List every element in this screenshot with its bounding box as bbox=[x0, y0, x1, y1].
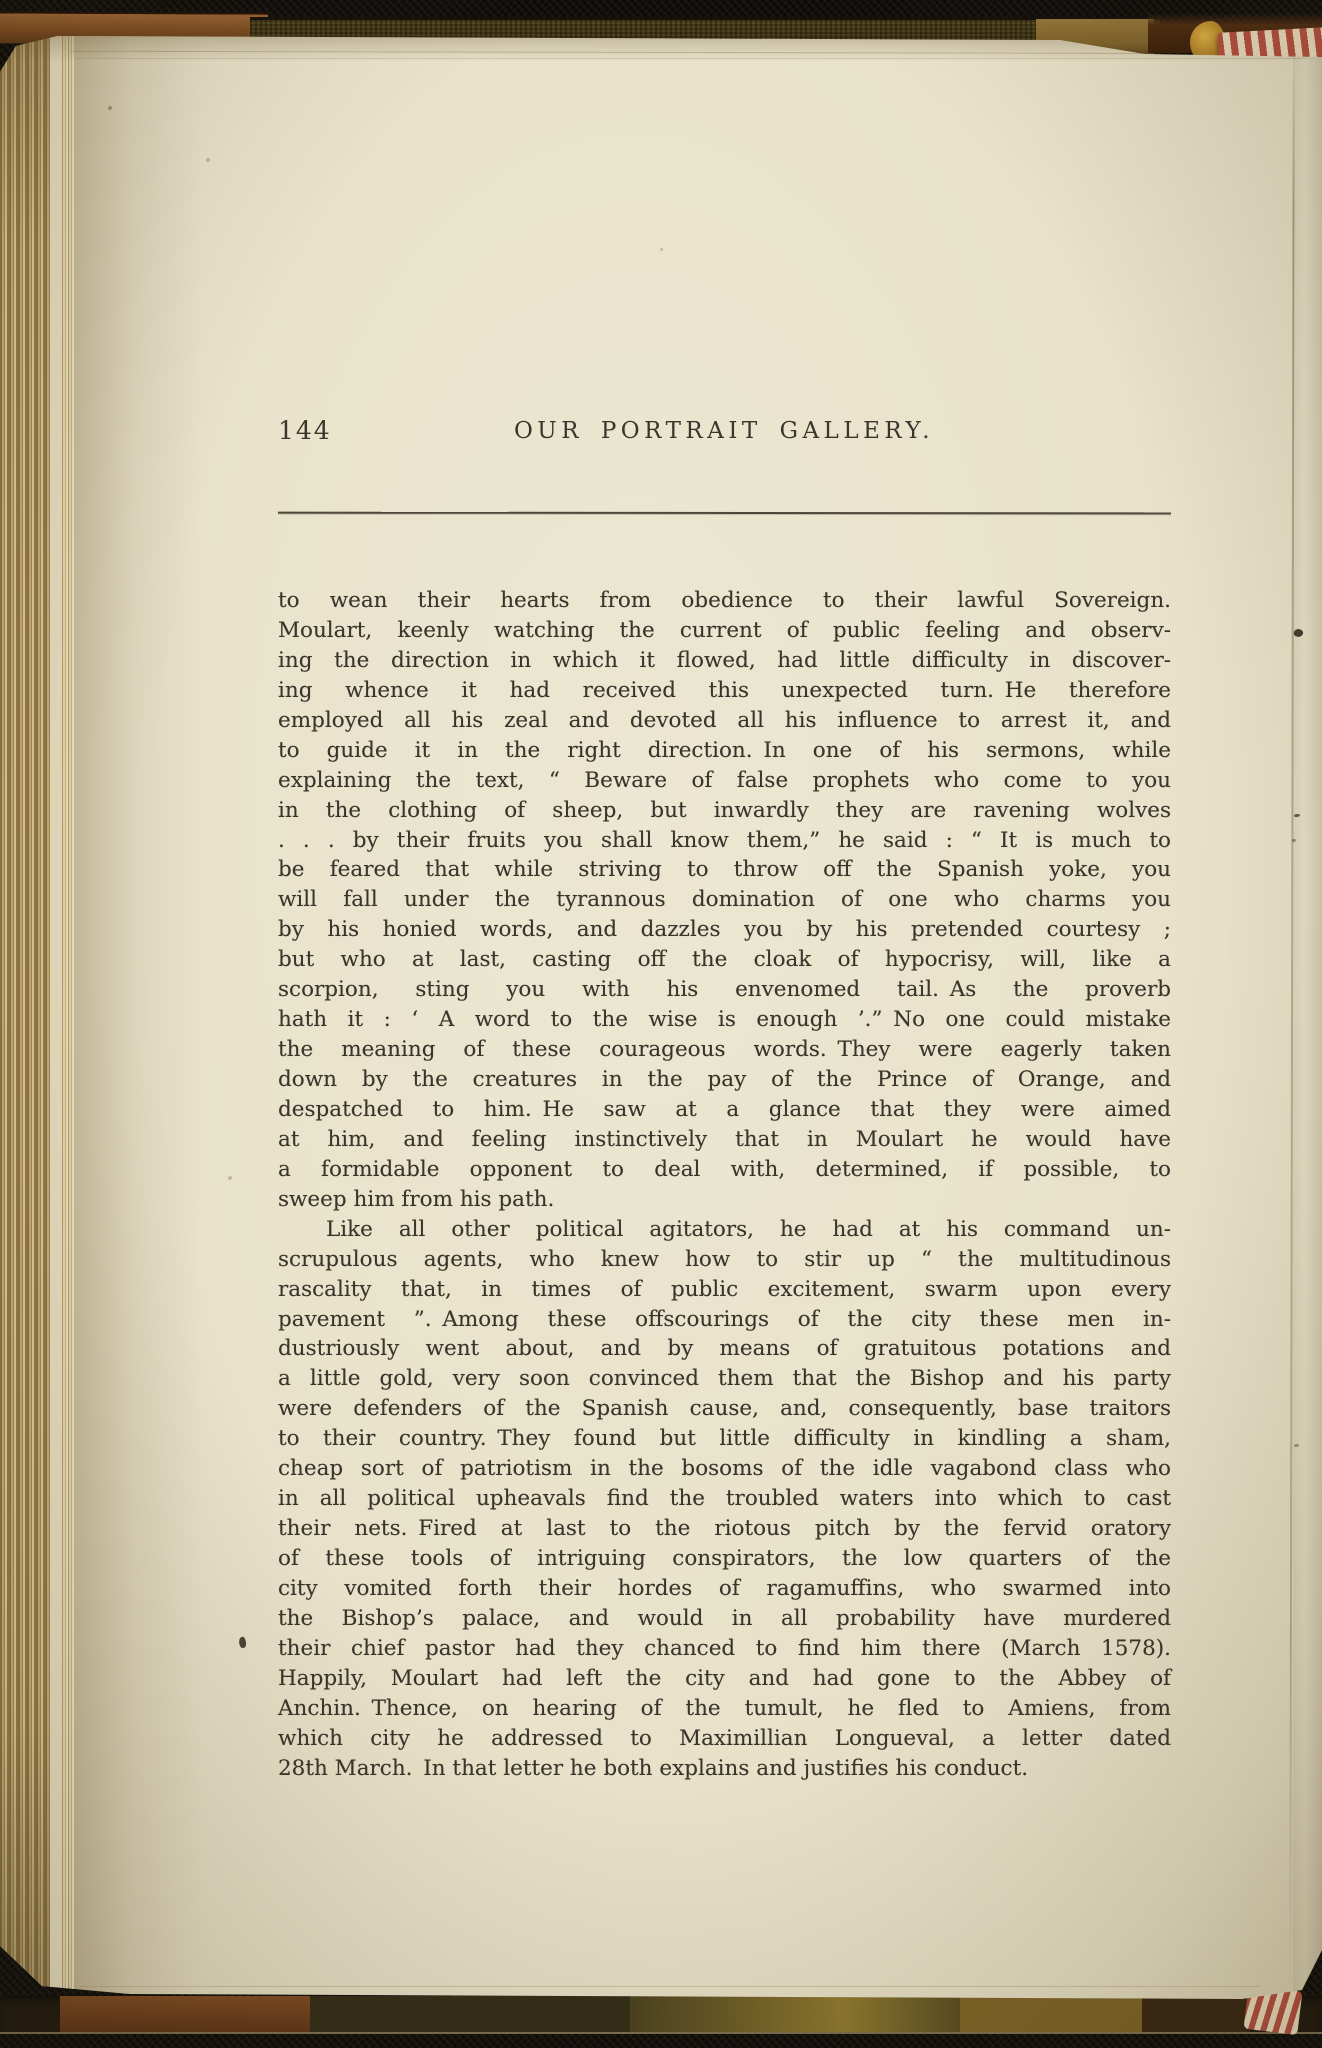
ink-speck bbox=[237, 1636, 247, 1649]
text-line: dustriously went about, and by means of … bbox=[278, 1334, 1171, 1364]
text-line: Like all other political agitators, he h… bbox=[278, 1215, 1171, 1245]
stacked-page-line bbox=[76, 58, 1306, 59]
text-line: employed all his zeal and devoted all hi… bbox=[278, 706, 1171, 736]
text-line: Anchin. Thence, on hearing of the tumult… bbox=[278, 1694, 1171, 1724]
header-rule bbox=[278, 512, 1171, 515]
text-line: Moulart, keenly watching the current of … bbox=[278, 616, 1171, 646]
text-line: a formidable opponent to deal with, dete… bbox=[278, 1155, 1171, 1185]
text-line: to guide it in the right direction. In o… bbox=[278, 736, 1171, 766]
text-line: ing whence it had received this unexpect… bbox=[278, 676, 1171, 706]
text-line: the Bishop’s palace, and would in all pr… bbox=[278, 1604, 1171, 1634]
text-line: explaining the text, “ Beware of false p… bbox=[278, 766, 1171, 796]
page-header: 144 OUR PORTRAIT GALLERY. bbox=[278, 416, 1170, 450]
text-line: down by the creatures in the pay of the … bbox=[278, 1065, 1171, 1095]
foxing-dot bbox=[228, 1176, 232, 1180]
text-line: in the clothing of sheep, but inwardly t… bbox=[278, 796, 1171, 826]
text-line: which city he addressed to Maximillian L… bbox=[278, 1724, 1171, 1754]
book-photograph: 144 OUR PORTRAIT GALLERY. to wean their … bbox=[0, 0, 1322, 2048]
bottom-leather-tan-segment bbox=[960, 1996, 1142, 2032]
text-line: ing the direction in which it flowed, ha… bbox=[278, 646, 1171, 676]
text-line: at him, and feeling instinctively that i… bbox=[278, 1125, 1171, 1155]
bottom-leather-brown-segment bbox=[60, 1996, 310, 2032]
text-line: cheap sort of patriotism in the bosoms o… bbox=[278, 1454, 1171, 1484]
stacked-page-line bbox=[80, 1986, 1260, 1987]
gutter-shadow bbox=[74, 0, 204, 2008]
text-line: scorpion, sting you with his envenomed t… bbox=[278, 975, 1171, 1005]
text-line: were defenders of the Spanish cause, and… bbox=[278, 1394, 1171, 1424]
text-line: but who at last, casting off the cloak o… bbox=[278, 945, 1171, 975]
text-line: be feared that while striving to throw o… bbox=[278, 855, 1171, 885]
text-line: in all political upheavals find the trou… bbox=[278, 1484, 1171, 1514]
text-line: the meaning of these courageous words. T… bbox=[278, 1035, 1171, 1065]
running-header: OUR PORTRAIT GALLERY. bbox=[278, 418, 1170, 444]
body-text: to wean their hearts from obedience to t… bbox=[278, 586, 1171, 1784]
fore-edge-shading bbox=[1293, 50, 1322, 2000]
bottom-leather-dark-segment bbox=[310, 1996, 630, 2032]
text-line: city vomited forth their hordes of ragam… bbox=[278, 1574, 1171, 1604]
text-line: their chief pastor had they chanced to f… bbox=[278, 1634, 1171, 1664]
text-line: will fall under the tyrannous domination… bbox=[278, 885, 1171, 915]
text-line: to their country. They found but little … bbox=[278, 1424, 1171, 1454]
text-line: scrupulous agents, who knew how to stir … bbox=[278, 1245, 1171, 1275]
text-line: hath it : ‘ A word to the wise is enough… bbox=[278, 1005, 1171, 1035]
foxing-dot bbox=[206, 158, 210, 162]
text-line: pavement ”. Among these offscourings of … bbox=[278, 1305, 1171, 1335]
text-line: sweep him from his path. bbox=[278, 1185, 1171, 1215]
book-page: 144 OUR PORTRAIT GALLERY. to wean their … bbox=[0, 0, 1322, 2008]
text-line: . . . by their fruits you shall know the… bbox=[278, 826, 1171, 856]
fanned-page-edges bbox=[0, 0, 50, 2008]
page-edge-lines bbox=[62, 0, 74, 2008]
bottom-leather-corner-segment bbox=[1142, 1996, 1250, 2032]
text-line: Happily, Moulart had left the city and h… bbox=[278, 1664, 1171, 1694]
bottom-leather-gold-segment bbox=[630, 1996, 960, 2032]
text-line: to wean their hearts from obedience to t… bbox=[278, 586, 1171, 616]
text-line: 28th March. In that letter he both expla… bbox=[278, 1754, 1171, 1784]
text-line: of these tools of intriguing conspirator… bbox=[278, 1544, 1171, 1574]
text-line: despatched to him. He saw at a glance th… bbox=[278, 1095, 1171, 1125]
bottom-cover-leather bbox=[0, 1996, 1322, 2034]
foxing-dot bbox=[660, 248, 663, 251]
text-line: by his honied words, and dazzles you by … bbox=[278, 915, 1171, 945]
text-line: their nets. Fired at last to the riotous… bbox=[278, 1514, 1171, 1544]
text-line: a little gold, very soon convinced them … bbox=[278, 1364, 1171, 1394]
text-line: rascality that, in times of public excit… bbox=[278, 1275, 1171, 1305]
